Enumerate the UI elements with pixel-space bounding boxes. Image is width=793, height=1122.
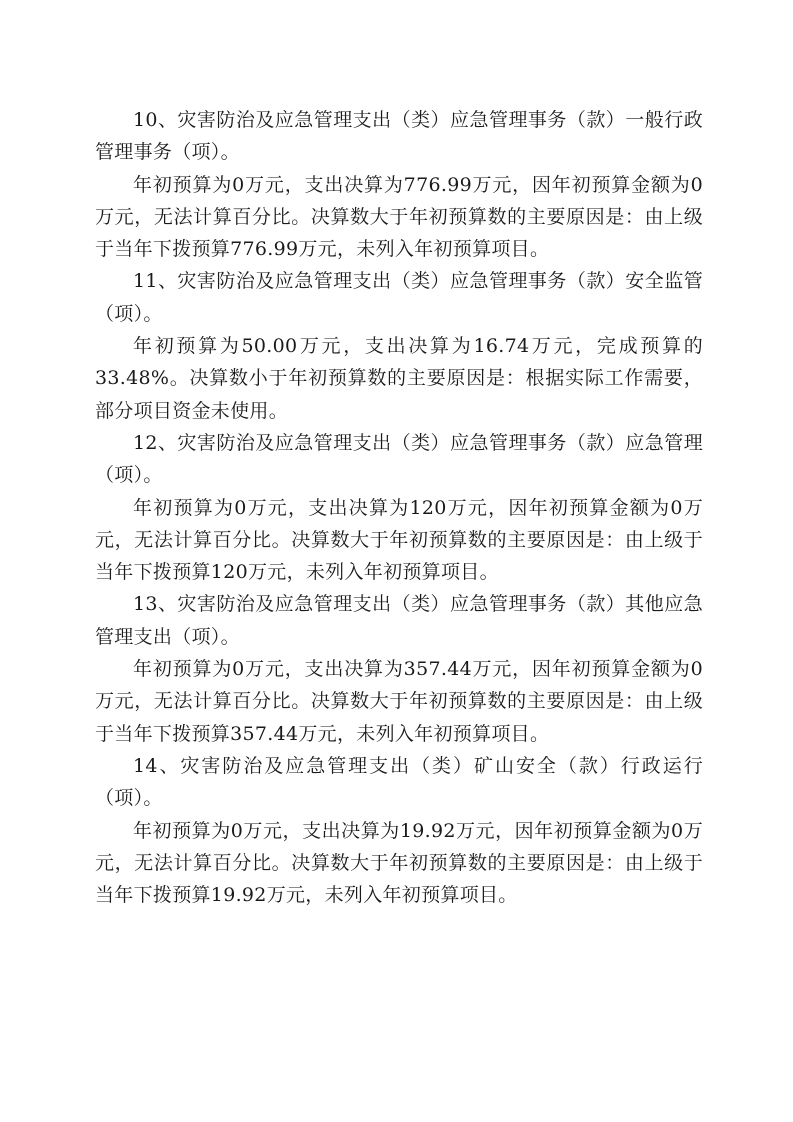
section-11-body: 年初预算为50.00万元，支出决算为16.74万元，完成预算的33.48%。决算… — [95, 330, 703, 427]
section-10-body: 年初预算为0万元，支出决算为776.99万元，因年初预算金额为0万元，无法计算百… — [95, 169, 703, 266]
section-12-body: 年初预算为0万元，支出决算为120万元，因年初预算金额为0万元，无法计算百分比。… — [95, 492, 703, 589]
document-page: 10、灾害防治及应急管理支出（类）应急管理事务（款）一般行政管理事务（项）。 年… — [95, 104, 703, 911]
section-13-heading: 13、灾害防治及应急管理支出（类）应急管理事务（款）其他应急管理支出（项）。 — [95, 588, 703, 653]
section-14-heading: 14、灾害防治及应急管理支出（类）矿山安全（款）行政运行（项）。 — [95, 750, 703, 815]
section-11-heading: 11、灾害防治及应急管理支出（类）应急管理事务（款）安全监管（项）。 — [95, 265, 703, 330]
section-12-heading: 12、灾害防治及应急管理支出（类）应急管理事务（款）应急管理（项）。 — [95, 427, 703, 492]
section-13-body: 年初预算为0万元，支出决算为357.44万元，因年初预算金额为0万元，无法计算百… — [95, 653, 703, 750]
section-10-heading: 10、灾害防治及应急管理支出（类）应急管理事务（款）一般行政管理事务（项）。 — [95, 104, 703, 169]
section-14-body: 年初预算为0万元，支出决算为19.92万元，因年初预算金额为0万元，无法计算百分… — [95, 815, 703, 912]
